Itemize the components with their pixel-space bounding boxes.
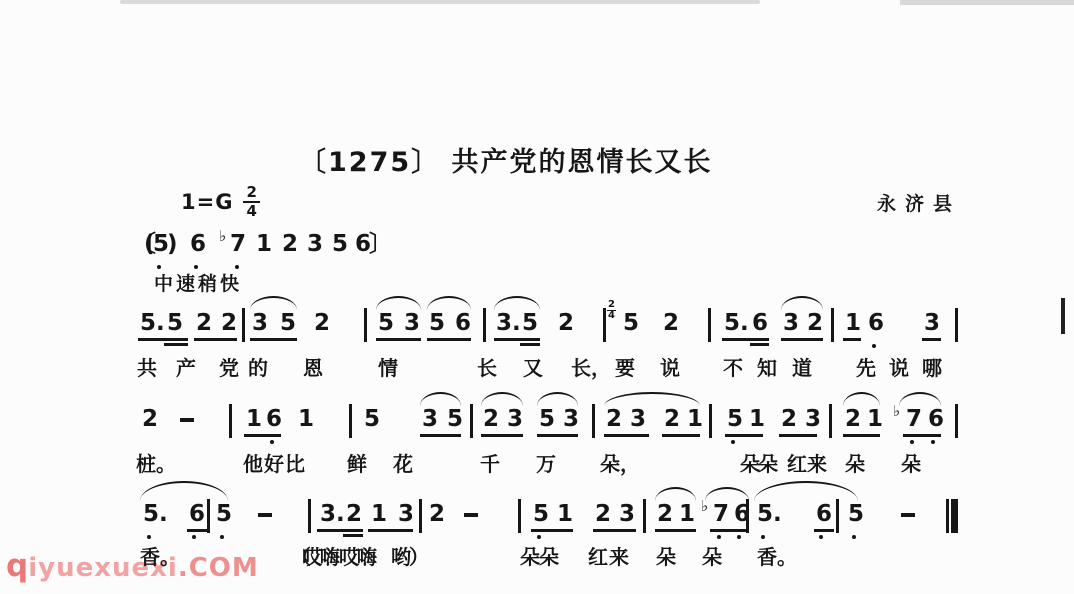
lyric-syllable: 的	[248, 357, 268, 379]
lyric-syllable: 朵	[740, 453, 760, 475]
lyric-syllable: 不	[723, 357, 743, 379]
barline	[483, 308, 486, 342]
jianpu-note: 1	[845, 310, 861, 336]
time-signature: 2 4	[243, 185, 259, 219]
lyric-syllable: 嗨	[357, 546, 377, 568]
jianpu-note: 3.	[320, 501, 345, 527]
barline	[419, 499, 422, 533]
jianpu-note: 2	[807, 310, 823, 336]
duration-dash	[464, 513, 478, 517]
lyric-syllable: 道	[792, 357, 812, 379]
lyric-syllable: 朵	[901, 453, 921, 475]
duration-dash	[258, 513, 272, 517]
beam-underline	[922, 338, 941, 341]
music-line-2: 216153523532321512321♭76桩。他好比鲜花千万朵，朵朵红来朵…	[0, 406, 1074, 476]
jianpu-note: 2	[483, 406, 499, 432]
octave-dot	[872, 344, 876, 348]
octave-dot	[270, 440, 274, 444]
beam-underline	[376, 338, 421, 341]
beam-underline	[520, 343, 540, 346]
jianpu-note: 2	[196, 310, 212, 336]
beam-underline	[662, 434, 700, 437]
lyric-syllable: 红	[787, 453, 807, 475]
beam-underline	[164, 343, 188, 346]
slur-arc	[140, 481, 228, 501]
scan-smudge	[900, 0, 1074, 5]
song-title: 〔1275〕 共产党的恩情长又长	[299, 140, 713, 179]
lyric-syllable: 共	[137, 357, 157, 379]
time-signature-denominator: 4	[246, 203, 256, 219]
meter-fraction-bottom: 4	[608, 311, 615, 321]
jianpu-note: 5	[280, 310, 296, 336]
lyric-syllable: 桩。	[136, 453, 176, 475]
lyric-syllable: 情	[378, 357, 398, 379]
octave-dot	[910, 440, 914, 444]
beam-underline	[244, 434, 281, 437]
beam-underline	[537, 434, 578, 437]
octave-dot	[147, 535, 151, 539]
beam-underline	[187, 529, 207, 532]
jianpu-note: 3	[783, 310, 799, 336]
slur-arc	[754, 481, 858, 501]
beam-underline	[531, 529, 573, 532]
lyric-syllable: 红	[588, 546, 608, 568]
lyric-syllable: 要	[615, 357, 635, 379]
jianpu-note: 6	[868, 310, 884, 336]
jianpu-note: 1	[679, 501, 695, 527]
lyric-syllable: 香。	[757, 546, 797, 568]
lyric-syllable: 产	[176, 357, 196, 379]
octave-dot	[931, 440, 935, 444]
jianpu-note: 3	[398, 501, 414, 527]
lyric-syllable: 长	[477, 357, 497, 379]
jianpu-note: 6	[455, 310, 471, 336]
lyric-syllable: 长，	[571, 357, 611, 379]
jianpu-note: )	[167, 231, 178, 257]
jianpu-note: 3	[924, 310, 940, 336]
jianpu-note: 6	[752, 310, 768, 336]
time-signature-numerator: 2	[243, 185, 259, 203]
jianpu-note: 3	[422, 406, 438, 432]
slur-arc	[705, 487, 749, 501]
beam-underline	[722, 338, 769, 341]
beam-underline	[655, 529, 696, 532]
octave-dot	[761, 535, 765, 539]
barline	[364, 308, 367, 342]
lyric-syllable: 哟	[391, 546, 411, 568]
jianpu-note: 5	[167, 310, 183, 336]
barline	[643, 499, 646, 533]
jianpu-note: 1	[246, 406, 262, 432]
barline	[829, 404, 832, 438]
slur-arc	[843, 392, 880, 406]
jianpu-note: 6	[266, 406, 282, 432]
octave-dot	[717, 535, 721, 539]
beam-underline	[903, 434, 941, 437]
jianpu-note: 3.	[496, 310, 521, 336]
music-line-1: 5.52235253563.5224525.632163共产党的恩情长又长，要说…	[0, 310, 1074, 380]
barline	[955, 404, 958, 438]
jianpu-note: 5	[539, 406, 555, 432]
jianpu-note: 2	[781, 406, 797, 432]
lyric-syllable: 万	[536, 453, 556, 475]
barline	[831, 308, 834, 342]
beam-underline	[843, 338, 861, 341]
jianpu-note: 2	[558, 310, 574, 336]
beam-underline	[481, 434, 523, 437]
scale-range-line: 〔(5)6♭712356〕	[0, 231, 1074, 301]
jianpu-note: 6	[816, 501, 832, 527]
octave-dot	[220, 535, 224, 539]
jianpu-note: 1	[256, 231, 272, 257]
slur-arc	[655, 487, 696, 501]
jianpu-note: 3	[805, 406, 821, 432]
key-signature: 1=G 2 4	[181, 185, 260, 219]
beam-underline	[843, 434, 880, 437]
jianpu-note: 3	[252, 310, 268, 336]
jianpu-note: 7	[906, 406, 922, 432]
jianpu-note: 3	[404, 310, 420, 336]
beam-underline	[343, 534, 363, 537]
lyric-syllable: 千	[480, 453, 500, 475]
barline	[349, 404, 352, 438]
lyric-syllable: 哎	[302, 546, 322, 568]
jianpu-note: 5.	[724, 310, 749, 336]
barline	[592, 404, 595, 438]
beam-underline	[710, 529, 749, 532]
jianpu-note: 3	[619, 501, 635, 527]
jianpu-note: 5	[848, 501, 864, 527]
barline	[836, 499, 839, 533]
jianpu-note: 2	[346, 501, 362, 527]
jianpu-note: 5.	[140, 310, 165, 336]
barline	[470, 404, 473, 438]
jianpu-note: 5.	[757, 501, 782, 527]
lyric-syllable: 知	[757, 357, 777, 379]
beam-underline	[317, 529, 363, 532]
flat-sign: ♭	[219, 227, 226, 245]
jianpu-note: 3	[507, 406, 523, 432]
jianpu-note: 1	[371, 501, 387, 527]
slur-arc	[420, 392, 461, 406]
slur-arc	[481, 392, 523, 406]
lyric-syllable: 朵	[656, 546, 676, 568]
octave-dot	[192, 535, 196, 539]
beam-underline	[593, 529, 636, 532]
jianpu-note: 2	[845, 406, 861, 432]
jianpu-note: 3	[307, 231, 323, 257]
barline	[708, 308, 711, 342]
jianpu-note: 6	[928, 406, 944, 432]
lyric-syllable: 先	[856, 357, 876, 379]
octave-dot	[157, 265, 161, 269]
jianpu-note: 7	[713, 501, 729, 527]
jianpu-note: 2	[429, 501, 445, 527]
barline	[746, 499, 749, 533]
beam-underline	[368, 529, 413, 532]
jianpu-note: 5	[533, 501, 549, 527]
lyric-syllable: 朵	[702, 546, 722, 568]
lyric-syllable: 香。	[140, 546, 180, 568]
beam-underline	[194, 338, 237, 341]
region-label: 永济县	[877, 189, 961, 216]
beam-underline	[604, 434, 649, 437]
jianpu-note: 2	[314, 310, 330, 336]
lyric-syllable: 好	[264, 453, 284, 475]
beam-underline	[725, 434, 763, 437]
barline	[207, 499, 210, 533]
jianpu-note: 5	[378, 310, 394, 336]
jianpu-note: 2	[142, 406, 158, 432]
lyric-syllable: 哎	[339, 546, 359, 568]
barline	[603, 308, 606, 342]
barline	[955, 308, 958, 342]
barline	[229, 404, 232, 438]
beam-underline	[250, 338, 297, 341]
duration-dash	[180, 418, 194, 422]
lyric-syllable: 党	[219, 357, 239, 379]
music-line-3: 5.653.2132512321♭765.65香。（哎嗨哎嗨哟）朵朵红来朵朵香。	[0, 501, 1074, 571]
lyric-syllable: 恩	[303, 357, 323, 379]
octave-dot	[731, 440, 735, 444]
jianpu-note: 5	[216, 501, 232, 527]
lyric-syllable: 鲜	[347, 453, 367, 475]
barline	[242, 308, 245, 342]
jianpu-note: 2	[221, 310, 237, 336]
lyric-syllable: 嗨	[320, 546, 340, 568]
beam-underline	[814, 529, 834, 532]
jianpu-note: 5	[332, 231, 348, 257]
jianpu-note: 1	[557, 501, 573, 527]
beam-underline	[138, 338, 188, 341]
jianpu-note: 6	[189, 501, 205, 527]
barline	[308, 499, 311, 533]
lyric-syllable: 花	[393, 453, 413, 475]
sheet-music-page: 〔1275〕 共产党的恩情长又长 1=G 2 4 永济县 中速稍快 qiyuex…	[0, 0, 1074, 594]
jianpu-note: 3	[563, 406, 579, 432]
barline	[709, 404, 712, 438]
jianpu-note: 2	[663, 310, 679, 336]
jianpu-note: 5	[447, 406, 463, 432]
lyric-syllable: 朵	[845, 453, 865, 475]
lyric-syllable: 说	[889, 357, 909, 379]
lyric-syllable: 来	[807, 453, 827, 475]
octave-dot	[194, 265, 198, 269]
key-text: 1=G	[181, 190, 233, 214]
octave-dot	[819, 535, 823, 539]
jianpu-note: 5	[522, 310, 538, 336]
jianpu-note: 2	[595, 501, 611, 527]
jianpu-note: 〕	[369, 231, 392, 257]
beam-underline	[494, 338, 540, 341]
lyric-syllable: 比	[285, 453, 305, 475]
barline	[518, 499, 521, 533]
jianpu-note: 5	[727, 406, 743, 432]
lyric-syllable: 朵	[520, 546, 540, 568]
jianpu-note: 5	[364, 406, 380, 432]
beam-underline	[427, 338, 471, 341]
lyric-syllable: 朵	[758, 453, 778, 475]
jianpu-note: 1	[687, 406, 703, 432]
octave-dot	[737, 535, 741, 539]
jianpu-note: 1	[867, 406, 883, 432]
jianpu-note: 2	[664, 406, 680, 432]
jianpu-note: 5	[429, 310, 445, 336]
jianpu-note: 2	[282, 231, 298, 257]
jianpu-note: 2	[657, 501, 673, 527]
barline	[946, 499, 949, 533]
octave-dot	[852, 535, 856, 539]
jianpu-note: 7	[230, 231, 246, 257]
jianpu-note: 2	[606, 406, 622, 432]
octave-dot	[537, 535, 541, 539]
lyric-syllable: ）	[409, 546, 429, 568]
duration-dash	[901, 513, 915, 517]
final-barline	[951, 499, 958, 533]
slur-arc	[604, 392, 700, 406]
jianpu-note: 1	[298, 406, 314, 432]
lyric-syllable: 哪	[922, 357, 942, 379]
jianpu-note: 1	[749, 406, 765, 432]
octave-dot	[235, 265, 239, 269]
beam-underline	[750, 343, 769, 346]
lyric-syllable: 朵，	[600, 453, 640, 475]
scan-smudge	[120, 0, 760, 4]
beam-underline	[779, 434, 817, 437]
jianpu-note: 5	[623, 310, 639, 336]
lyric-syllable: 又	[523, 357, 543, 379]
lyric-syllable: 来	[609, 546, 629, 568]
slur-arc	[899, 392, 941, 406]
beam-underline	[420, 434, 461, 437]
jianpu-note: 6	[190, 231, 206, 257]
slur-arc	[537, 392, 578, 406]
lyric-syllable: 他	[243, 453, 263, 475]
jianpu-note: 5.	[143, 501, 168, 527]
lyric-syllable: 朵	[539, 546, 559, 568]
jianpu-note: 3	[630, 406, 646, 432]
beam-underline	[781, 338, 823, 341]
meter-fraction: 24	[607, 300, 616, 321]
lyric-syllable: 说	[660, 357, 680, 379]
